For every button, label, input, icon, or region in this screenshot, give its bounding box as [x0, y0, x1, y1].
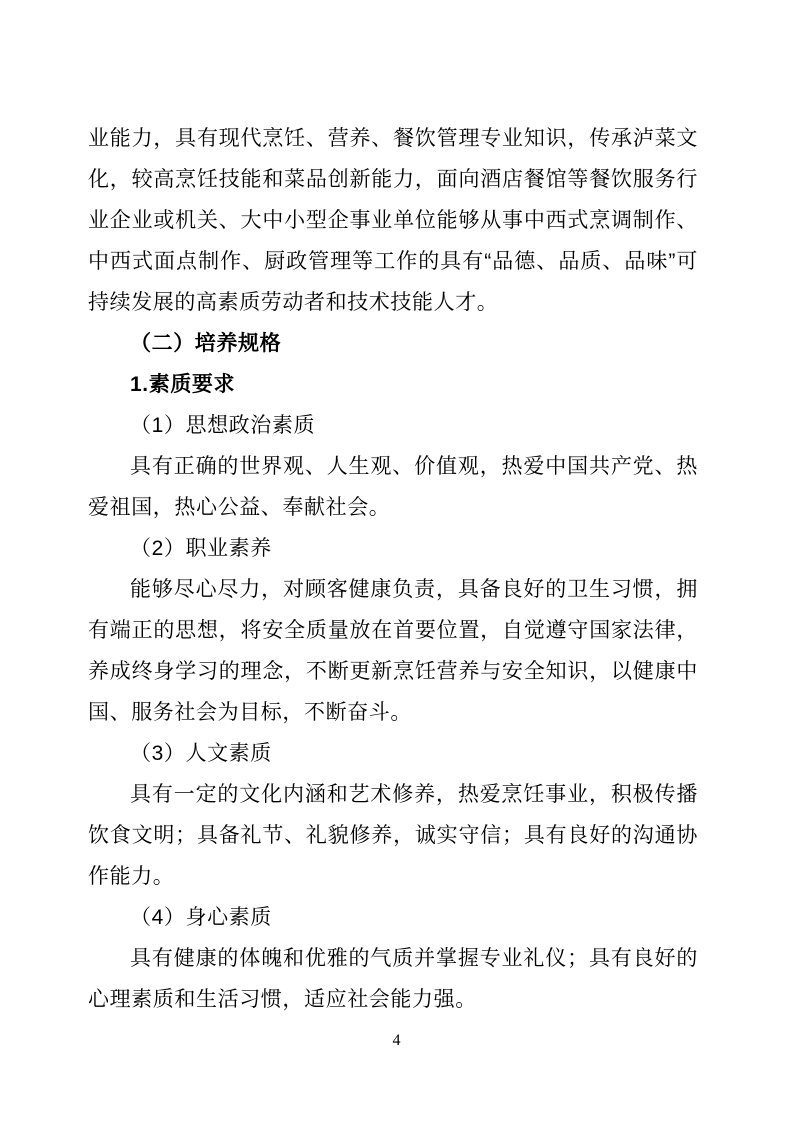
document-page: 业能力，具有现代烹饪、营养、餐饮管理专业知识，传承泸菜文化，较高烹饪技能和菜品创…: [0, 0, 793, 1122]
item-heading-humanistic-quality: （3）人文素质: [88, 733, 698, 774]
body-paragraph: 具有健康的体魄和优雅的气质并掌握专业礼仪；具有良好的心理素质和生活习惯，适应社会…: [88, 938, 698, 1020]
body-paragraph: 具有正确的世界观、人生观、价值观，热爱中国共产党、热爱祖国，热心公益、奉献社会。: [88, 446, 698, 528]
subsection-heading-quality-requirements: 1.素质要求: [88, 364, 698, 405]
page-content: 业能力，具有现代烹饪、营养、餐饮管理专业知识，传承泸菜文化，较高烹饪技能和菜品创…: [88, 118, 698, 1020]
body-paragraph: 具有一定的文化内涵和艺术修养，热爱烹饪事业，积极传播饮食文明；具备礼节、礼貌修养…: [88, 774, 698, 897]
page-number: 4: [393, 1032, 401, 1049]
page-footer: 4: [0, 1032, 793, 1050]
item-heading-physical-mental-quality: （4）身心素质: [88, 897, 698, 938]
body-paragraph-continuation: 业能力，具有现代烹饪、营养、餐饮管理专业知识，传承泸菜文化，较高烹饪技能和菜品创…: [88, 118, 698, 323]
item-heading-ideological-political-quality: （1）思想政治素质: [88, 405, 698, 446]
section-heading-training-specs: （二）培养规格: [88, 323, 698, 364]
body-paragraph: 能够尽心尽力，对顾客健康负责，具备良好的卫生习惯，拥有端正的思想，将安全质量放在…: [88, 569, 698, 733]
item-heading-professional-quality: （2）职业素养: [88, 528, 698, 569]
